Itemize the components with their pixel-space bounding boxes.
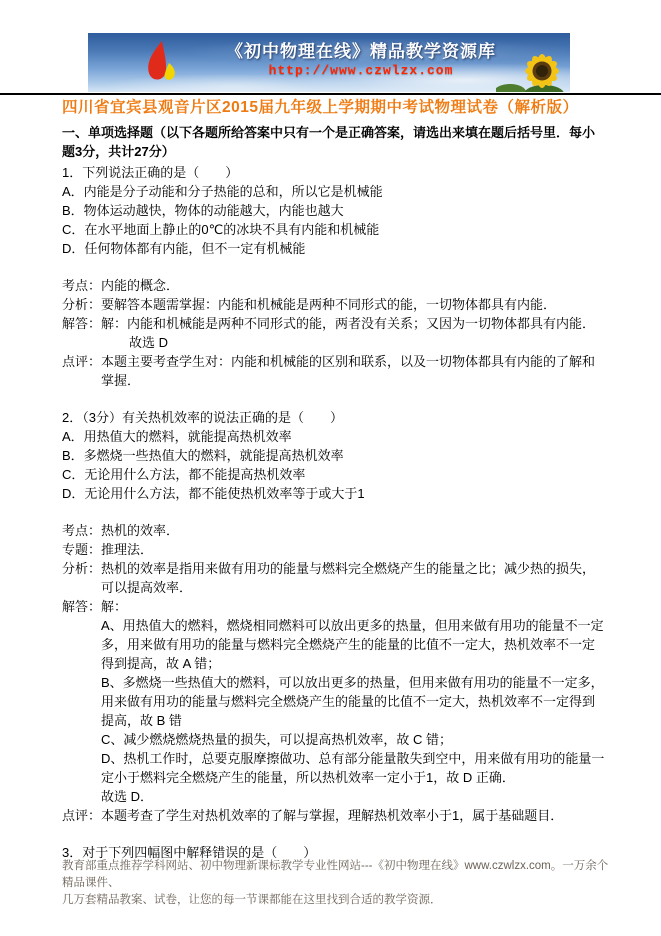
question-2-stem: 2．（3分）有关热机效率的说法正确的是（ ） (62, 408, 606, 427)
question-2-option-d: D．无论用什么方法，都不能使热机效率等于或大于1 (62, 484, 606, 503)
question-1-stem: 1．下列说法正确的是（ ） (62, 163, 606, 182)
question-2-option-a: A．用热值大的燃料，就能提高热机效率 (62, 427, 606, 446)
fenxi-label: 分析： (62, 559, 101, 597)
footer-line-1: 教育部重点推荐学科网站、初中物理新课标教学专业性网站---《初中物理在线》www… (62, 858, 610, 892)
fenxi-text: 要解答本题需掌握：内能和机械能是两种不同形式的能，一切物体都具有内能． (101, 295, 606, 314)
analysis-row-jieda: 解答： 解： A、用热值大的燃料，燃烧相同燃料可以放出更多的热量，但用来做有用功… (62, 597, 606, 806)
jieda-line: 解： (101, 597, 606, 616)
document-body: 四川省宜宾县观音片区2015届九年级上学期期中考试物理试卷（解析版） 一、单项选… (62, 97, 606, 862)
zhuanti-text: 推理法． (101, 540, 606, 559)
fenxi-label: 分析： (62, 295, 101, 314)
question-2-option-c: C．无论用什么方法，都不能提高热机效率 (62, 465, 606, 484)
sunflower-icon (496, 44, 566, 92)
jieda-line-b: B、多燃烧一些热值大的燃料，可以放出更多的热量，但用来做有用功的能量不一定多，用… (101, 673, 606, 730)
footer-line-2: 几万套精品教案、试卷，让您的每一节课都能在这里找到合适的教学资源． (62, 892, 610, 909)
czwlzx-logo-icon (138, 39, 184, 87)
site-banner: 《初中物理在线》精品教学资源库 http://www.czwlzx.com (88, 33, 570, 92)
question-1-option-d: D．任何物体都有内能，但不一定有机械能 (62, 239, 606, 258)
fenxi-text: 热机的效率是指用来做有用功的能量与燃料完全燃烧产生的能量之比；减少热的损失，可以… (101, 559, 606, 597)
analysis-row-dianping: 点评： 本题主要考查学生对：内能和机械能的区别和联系，以及一切物体都具有内能的了… (62, 352, 606, 390)
analysis-row-fenxi: 分析： 热机的效率是指用来做有用功的能量与燃料完全燃烧产生的能量之比；减少热的损… (62, 559, 606, 597)
kaodian-text: 热机的效率． (101, 521, 606, 540)
question-2-option-b: B．多燃烧一些热值大的燃料，就能提高热机效率 (62, 446, 606, 465)
question-1-option-b: B．物体运动越快，物体的动能越大，内能也越大 (62, 201, 606, 220)
kaodian-label: 考点： (62, 521, 101, 540)
section-heading: 一、单项选择题（以下各题所给答案中只有一个是正确答案，请选出来填在题后括号里．每… (62, 123, 606, 161)
analysis-row-zhuanti: 专题： 推理法． (62, 540, 606, 559)
question-1-options: A．内能是分子动能和分子热能的总和，所以它是机械能 B．物体运动越快，物体的动能… (62, 182, 606, 258)
analysis-row-kaodian: 考点： 内能的概念． (62, 276, 606, 295)
analysis-row-dianping: 点评： 本题考查了学生对热机效率的了解与掌握，理解热机效率小于1，属于基础题目． (62, 806, 606, 825)
kaodian-text: 内能的概念． (101, 276, 606, 295)
dianping-text: 本题主要考查学生对：内能和机械能的区别和联系，以及一切物体都具有内能的了解和掌握… (101, 352, 606, 390)
exam-paper-page: 《初中物理在线》精品教学资源库 http://www.czwlzx.com (0, 0, 661, 936)
jieda-label: 解答： (62, 314, 101, 352)
jieda-line-c: C、减少燃烧燃烧热量的损失，可以提高热机效率，故 C 错； (101, 730, 606, 749)
jieda-answer-line: 故选 D． (101, 787, 606, 806)
dianping-label: 点评： (62, 352, 101, 390)
question-2-analysis: 考点： 热机的效率． 专题： 推理法． 分析： 热机的效率是指用来做有用功的能量… (62, 521, 606, 825)
zhuanti-label: 专题： (62, 540, 101, 559)
jieda-text: 解： A、用热值大的燃料，燃烧相同燃料可以放出更多的热量，但用来做有用功的能量不… (101, 597, 606, 806)
banner-site-url-link[interactable]: http://www.czwlzx.com (206, 63, 516, 79)
dianping-label: 点评： (62, 806, 101, 825)
page-footer: 教育部重点推荐学科网站、初中物理新课标教学专业性网站---《初中物理在线》www… (62, 858, 610, 909)
kaodian-label: 考点： (62, 276, 101, 295)
horizontal-divider (0, 93, 661, 95)
analysis-row-jieda: 解答： 解：内能和机械能是两种不同形式的能，两者没有关系；又因为一切物体都具有内… (62, 314, 606, 352)
page-title: 四川省宜宾县观音片区2015届九年级上学期期中考试物理试卷（解析版） (62, 97, 606, 118)
question-1-option-c: C．在水平地面上静止的0℃的冰块不具有内能和机械能 (62, 220, 606, 239)
jieda-text: 解：内能和机械能是两种不同形式的能，两者没有关系；又因为一切物体都具有内能． 故… (101, 314, 606, 352)
dianping-text: 本题考查了学生对热机效率的了解与掌握，理解热机效率小于1，属于基础题目． (101, 806, 606, 825)
jieda-line-a: A、用热值大的燃料，燃烧相同燃料可以放出更多的热量，但用来做有用功的能量不一定多… (101, 616, 606, 673)
question-1-analysis: 考点： 内能的概念． 分析： 要解答本题需掌握：内能和机械能是两种不同形式的能，… (62, 276, 606, 390)
analysis-row-fenxi: 分析： 要解答本题需掌握：内能和机械能是两种不同形式的能，一切物体都具有内能． (62, 295, 606, 314)
jieda-solution-line: 解：内能和机械能是两种不同形式的能，两者没有关系；又因为一切物体都具有内能． (101, 314, 606, 333)
jieda-label: 解答： (62, 597, 101, 806)
jieda-line-d: D、热机工作时，总要克服摩擦做功、总有部分能量散失到空中，用来做有用功的能量一定… (101, 749, 606, 787)
question-1-option-a: A．内能是分子动能和分子热能的总和，所以它是机械能 (62, 182, 606, 201)
jieda-answer-line: 故选 D (101, 333, 606, 352)
banner-site-title: 《初中物理在线》精品教学资源库 (206, 41, 516, 63)
question-2-options: A．用热值大的燃料，就能提高热机效率 B．多燃烧一些热值大的燃料，就能提高热机效… (62, 427, 606, 503)
analysis-row-kaodian: 考点： 热机的效率． (62, 521, 606, 540)
